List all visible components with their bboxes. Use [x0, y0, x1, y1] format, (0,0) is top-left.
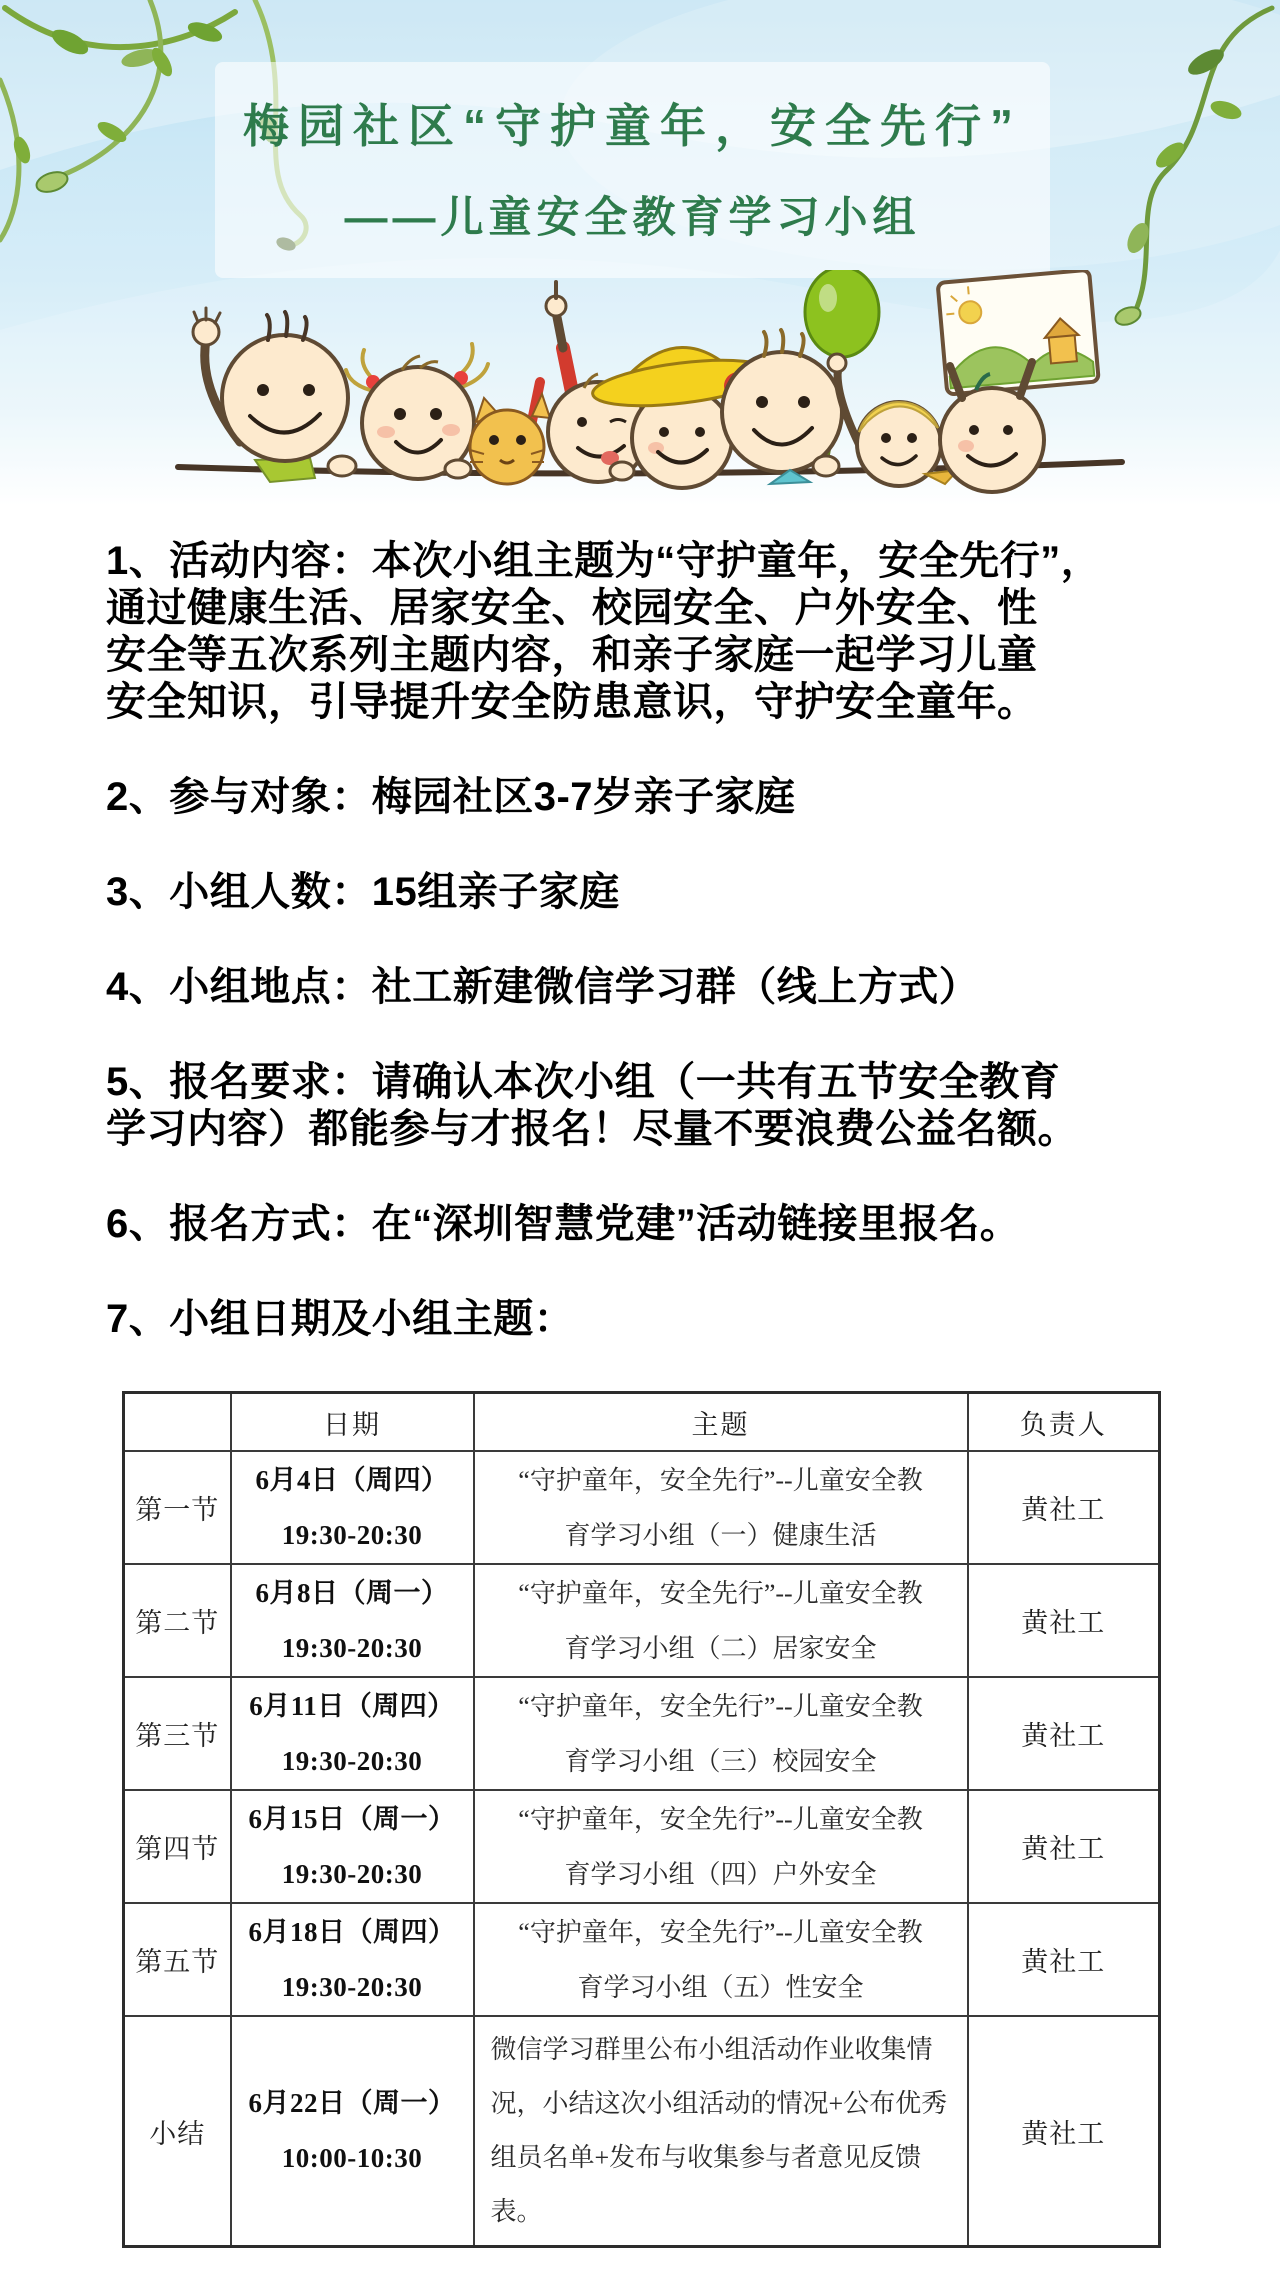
leader-cell: 黄社工: [968, 2016, 1160, 2247]
session-cell: 第二节: [124, 1564, 231, 1677]
paragraph-line: 6、报名方式：在“深圳智慧党建”活动链接里报名。: [106, 1201, 1198, 1248]
topic-line: 育学习小组（四）户外安全: [475, 1847, 967, 1902]
date-cell: 6月11日（周四） 19:30-20:30: [231, 1677, 474, 1790]
topic-line: “守护童年，安全先行”--儿童安全教: [475, 1679, 967, 1734]
session-cell: 第三节: [124, 1677, 231, 1790]
date-line: 6月18日（周四）: [232, 1905, 473, 1960]
topic-line: 育学习小组（五）性安全: [475, 1960, 967, 2015]
table-row: 第四节 6月15日（周一） 19:30-20:30 “守护童年，安全先行”--儿…: [124, 1790, 1160, 1903]
poster-page: { "poster": { "title_line1": "梅园社区“守护童年，…: [0, 0, 1280, 2276]
paragraph-activity-content: 1、活动内容：本次小组主题为“守护童年，安全先行”， 通过健康生活、居家安全、校…: [106, 538, 1198, 726]
topic-line: “守护童年，安全先行”--儿童安全教: [475, 1566, 967, 1621]
session-cell: 第一节: [124, 1451, 231, 1564]
session-cell: 小结: [124, 2016, 231, 2247]
title-panel: 梅园社区“守护童年，安全先行” ——儿童安全教育学习小组: [215, 62, 1050, 278]
date-cell: 6月4日（周四） 19:30-20:30: [231, 1451, 474, 1564]
paragraph-location: 4、小组地点：社工新建微信学习群（线上方式）: [106, 964, 1198, 1011]
topic-cell: “守护童年，安全先行”--儿童安全教 育学习小组（五）性安全: [474, 1903, 968, 2016]
poster-subtitle: ——儿童安全教育学习小组: [225, 192, 1040, 244]
topic-line: 育学习小组（一）健康生活: [475, 1508, 967, 1563]
topic-cell: “守护童年，安全先行”--儿童安全教 育学习小组（四）户外安全: [474, 1790, 968, 1903]
topic-line: “守护童年，安全先行”--儿童安全教: [475, 1905, 967, 1960]
time-line: 19:30-20:30: [232, 1734, 473, 1789]
session-cell: 第五节: [124, 1903, 231, 2016]
leader-cell: 黄社工: [968, 1790, 1160, 1903]
schedule-table: 日期 主题 负责人 第一节 6月4日（周四） 19:30-20:30 “守护童年…: [122, 1391, 1161, 2248]
table-row-summary: 小结 6月22日（周一） 10:00-10:30 微信学习群里公布小组活动作业收…: [124, 2016, 1160, 2247]
date-line: 6月4日（周四）: [232, 1453, 473, 1508]
topic-cell: “守护童年，安全先行”--儿童安全教 育学习小组（三）校园安全: [474, 1677, 968, 1790]
date-cell: 6月22日（周一） 10:00-10:30: [231, 2016, 474, 2247]
leader-cell: 黄社工: [968, 1564, 1160, 1677]
topic-cell: 微信学习群里公布小组活动作业收集情况，小结这次小组活动的情况+公布优秀组员名单+…: [474, 2016, 968, 2247]
paragraph-group-size: 3、小组人数：15组亲子家庭: [106, 869, 1198, 916]
date-line: 6月11日（周四）: [232, 1679, 473, 1734]
table-header-row: 日期 主题 负责人: [124, 1393, 1160, 1452]
table-row: 第三节 6月11日（周四） 19:30-20:30 “守护童年，安全先行”--儿…: [124, 1677, 1160, 1790]
time-line: 19:30-20:30: [232, 1847, 473, 1902]
paragraph-schedule-heading: 7、小组日期及小组主题：: [106, 1296, 1198, 1343]
leader-cell: 黄社工: [968, 1903, 1160, 2016]
topic-cell: “守护童年，安全先行”--儿童安全教 育学习小组（一）健康生活: [474, 1451, 968, 1564]
paragraph-line: 学习内容）都能参与才报名！尽量不要浪费公益名额。: [106, 1106, 1198, 1153]
banner: 梅园社区“守护童年，安全先行” ——儿童安全教育学习小组: [0, 0, 1280, 505]
header-session: [124, 1393, 231, 1452]
paragraph-line: 2、参与对象：梅园社区3-7岁亲子家庭: [106, 774, 1198, 821]
date-line: 6月8日（周一）: [232, 1566, 473, 1621]
children-illustration: [170, 270, 1130, 505]
paragraph-line: 安全等五次系列主题内容，和亲子家庭一起学习儿童: [106, 632, 1198, 679]
topic-line: 育学习小组（二）居家安全: [475, 1621, 967, 1676]
date-line: 6月15日（周一）: [232, 1792, 473, 1847]
date-cell: 6月18日（周四） 19:30-20:30: [231, 1903, 474, 2016]
paragraph-line: 5、报名要求：请确认本次小组（一共有五节安全教育: [106, 1059, 1198, 1106]
topic-line: “守护童年，安全先行”--儿童安全教: [475, 1453, 967, 1508]
paragraph-registration-method: 6、报名方式：在“深圳智慧党建”活动链接里报名。: [106, 1201, 1198, 1248]
time-line: 19:30-20:30: [232, 1960, 473, 2015]
poster-title: 梅园社区“守护童年，安全先行”: [225, 98, 1040, 154]
table-row: 第二节 6月8日（周一） 19:30-20:30 “守护童年，安全先行”--儿童…: [124, 1564, 1160, 1677]
topic-summary-text: 微信学习群里公布小组活动作业收集情况，小结这次小组活动的情况+公布优秀组员名单+…: [475, 2017, 967, 2245]
topic-line: “守护童年，安全先行”--儿童安全教: [475, 1792, 967, 1847]
date-cell: 6月8日（周一） 19:30-20:30: [231, 1564, 474, 1677]
paragraph-participants: 2、参与对象：梅园社区3-7岁亲子家庭: [106, 774, 1198, 821]
paragraph-line: 7、小组日期及小组主题：: [106, 1296, 1198, 1343]
table-row: 第一节 6月4日（周四） 19:30-20:30 “守护童年，安全先行”--儿童…: [124, 1451, 1160, 1564]
paragraph-line: 1、活动内容：本次小组主题为“守护童年，安全先行”，: [106, 538, 1198, 585]
header-date: 日期: [231, 1393, 474, 1452]
leader-cell: 黄社工: [968, 1451, 1160, 1564]
paragraph-line: 通过健康生活、居家安全、校园安全、户外安全、性: [106, 585, 1198, 632]
date-line: 6月22日（周一）: [232, 2076, 473, 2131]
time-line: 19:30-20:30: [232, 1508, 473, 1563]
paragraph-line: 安全知识，引导提升安全防患意识，守护安全童年。: [106, 679, 1198, 726]
body-content: 1、活动内容：本次小组主题为“守护童年，安全先行”， 通过健康生活、居家安全、校…: [106, 538, 1198, 2248]
paragraph-line: 4、小组地点：社工新建微信学习群（线上方式）: [106, 964, 1198, 1011]
time-line: 10:00-10:30: [232, 2131, 473, 2186]
paragraph-registration-requirement: 5、报名要求：请确认本次小组（一共有五节安全教育 学习内容）都能参与才报名！尽量…: [106, 1059, 1198, 1153]
paragraph-line: 3、小组人数：15组亲子家庭: [106, 869, 1198, 916]
header-topic: 主题: [474, 1393, 968, 1452]
topic-line: 育学习小组（三）校园安全: [475, 1734, 967, 1789]
table-row: 第五节 6月18日（周四） 19:30-20:30 “守护童年，安全先行”--儿…: [124, 1903, 1160, 2016]
header-leader: 负责人: [968, 1393, 1160, 1452]
session-cell: 第四节: [124, 1790, 231, 1903]
date-cell: 6月15日（周一） 19:30-20:30: [231, 1790, 474, 1903]
topic-cell: “守护童年，安全先行”--儿童安全教 育学习小组（二）居家安全: [474, 1564, 968, 1677]
time-line: 19:30-20:30: [232, 1621, 473, 1676]
leader-cell: 黄社工: [968, 1677, 1160, 1790]
